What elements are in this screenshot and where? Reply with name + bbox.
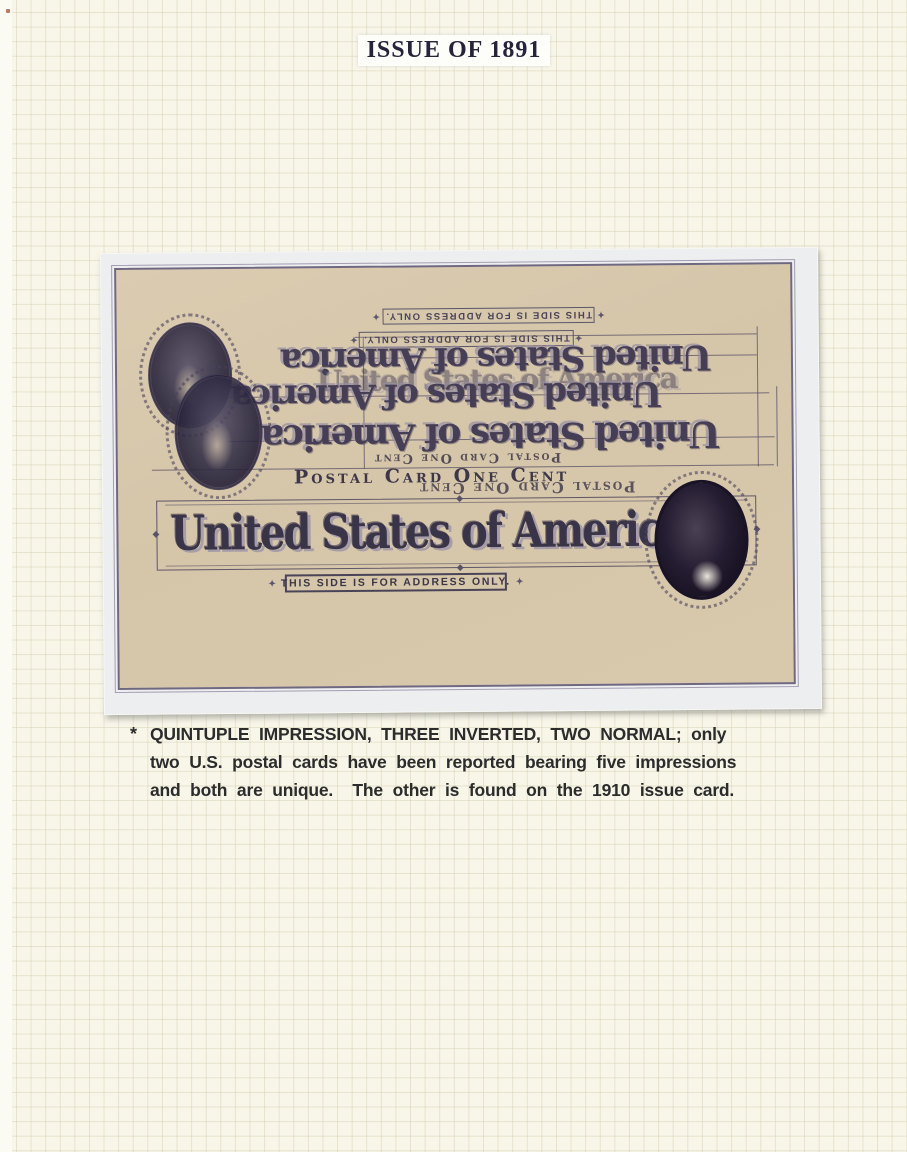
banner-end-ornament: ✦	[372, 311, 380, 322]
postal-line-inverted-2: Postal Card One Cent	[418, 477, 636, 497]
title-label-strip: ISSUE OF 1891	[358, 35, 550, 66]
main-gothic-title: United States of America	[170, 501, 684, 562]
paper-fleck	[6, 9, 10, 13]
caption-line-2: two U.S. postal cards have been reported…	[150, 752, 736, 773]
banner-end-ornament: ✦	[268, 578, 276, 589]
caption-line-3: and both are unique. The other is found …	[150, 780, 734, 801]
impression-frame-rule	[776, 386, 778, 466]
diamond-ornament-icon: ◆	[457, 563, 464, 572]
page-title: ISSUE OF 1891	[367, 37, 542, 64]
address-banner-inverted-1: ✦ THIS SIDE IS FOR ADDRESS ONLY. ✦	[382, 307, 594, 325]
album-page: ISSUE OF 1891 ✦ THIS SIDE IS FOR ADDRESS…	[0, 0, 907, 1152]
impression-frame-rule	[757, 326, 759, 466]
gothic-impression-inverted-2: United States of America	[232, 373, 662, 417]
scan-edge	[0, 0, 12, 1152]
portrait-oval-inverted-2	[174, 374, 263, 491]
address-banner-text: THIS SIDE IS FOR ADDRESS ONLY.	[385, 309, 592, 322]
caption-asterisk: *	[130, 724, 137, 745]
address-banner-normal: ✦ THIS SIDE IS FOR ADDRESS ONLY. ✦	[285, 573, 507, 593]
postal-line-inverted-1: Postal Card One Cent	[373, 449, 561, 466]
address-banner-text: THIS SIDE IS FOR ADDRESS ONLY.	[281, 576, 511, 590]
caption-line-1: QUINTUPLE IMPRESSION, THREE INVERTED, TW…	[150, 724, 726, 745]
portrait-oval-normal	[654, 479, 749, 600]
banner-end-ornament: ✦	[516, 576, 524, 587]
card-mount: ✦ THIS SIDE IS FOR ADDRESS ONLY. ✦ ✦ THI…	[100, 247, 822, 715]
banner-end-ornament: ✦	[597, 309, 605, 320]
diamond-ornament-icon: ◆	[456, 494, 463, 503]
diamond-ornament-icon: ◆	[152, 530, 159, 539]
postal-card: ✦ THIS SIDE IS FOR ADDRESS ONLY. ✦ ✦ THI…	[114, 262, 796, 690]
